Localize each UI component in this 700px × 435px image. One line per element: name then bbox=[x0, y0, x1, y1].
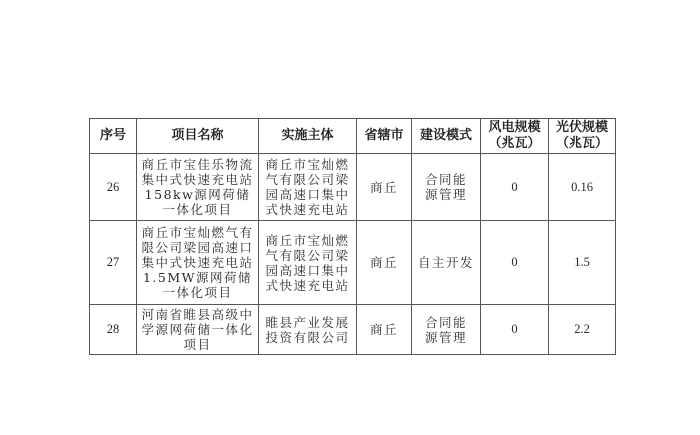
cell-entity: 商丘市宝灿燃气有限公司梁园高速口集中式快速充电站 bbox=[259, 221, 357, 305]
header-entity: 实施主体 bbox=[259, 119, 357, 154]
cell-no: 28 bbox=[90, 305, 137, 355]
cell-mode: 合同能源管理 bbox=[412, 305, 481, 355]
cell-no: 26 bbox=[90, 154, 137, 221]
header-city: 省辖市 bbox=[357, 119, 412, 154]
cell-solar: 1.5 bbox=[549, 221, 616, 305]
cell-wind: 0 bbox=[481, 221, 549, 305]
cell-entity: 睢县产业发展投资有限公司 bbox=[259, 305, 357, 355]
header-wind-scale: 风电规模 （兆瓦） bbox=[481, 119, 549, 154]
cell-solar: 2.2 bbox=[549, 305, 616, 355]
cell-wind: 0 bbox=[481, 305, 549, 355]
cell-city: 商丘 bbox=[357, 305, 412, 355]
header-solar-line2: （兆瓦） bbox=[553, 136, 611, 152]
header-solar-line1: 光伏规模 bbox=[553, 120, 611, 136]
cell-project-name: 商丘市宝佳乐物流集中式快速充电站158kw源网荷储一体化项目 bbox=[137, 154, 259, 221]
cell-solar: 0.16 bbox=[549, 154, 616, 221]
cell-city: 商丘 bbox=[357, 154, 412, 221]
table-row: 27 商丘市宝灿燃气有限公司梁园高速口集中式快速充电站1.5MW源网荷储一体化项… bbox=[90, 221, 616, 305]
table-row: 26 商丘市宝佳乐物流集中式快速充电站158kw源网荷储一体化项目 商丘市宝灿燃… bbox=[90, 154, 616, 221]
cell-entity: 商丘市宝灿燃气有限公司梁园高速口集中式快速充电站 bbox=[259, 154, 357, 221]
project-table: 序号 项目名称 实施主体 省辖市 建设模式 风电规模 （兆瓦） 光伏规模 （兆瓦… bbox=[89, 118, 616, 355]
cell-city: 商丘 bbox=[357, 221, 412, 305]
cell-project-name: 商丘市宝灿燃气有限公司梁园高速口集中式快速充电站1.5MW源网荷储一体化项目 bbox=[137, 221, 259, 305]
cell-mode: 合同能源管理 bbox=[412, 154, 481, 221]
cell-project-name: 河南省睢县高级中学源网荷储一体化项目 bbox=[137, 305, 259, 355]
header-solar-scale: 光伏规模 （兆瓦） bbox=[549, 119, 616, 154]
header-wind-line1: 风电规模 bbox=[485, 120, 544, 136]
table-row: 28 河南省睢县高级中学源网荷储一体化项目 睢县产业发展投资有限公司 商丘 合同… bbox=[90, 305, 616, 355]
header-project-name: 项目名称 bbox=[137, 119, 259, 154]
table-header-row: 序号 项目名称 实施主体 省辖市 建设模式 风电规模 （兆瓦） 光伏规模 （兆瓦… bbox=[90, 119, 616, 154]
cell-wind: 0 bbox=[481, 154, 549, 221]
header-no: 序号 bbox=[90, 119, 137, 154]
cell-mode: 自主开发 bbox=[412, 221, 481, 305]
header-mode: 建设模式 bbox=[412, 119, 481, 154]
cell-no: 27 bbox=[90, 221, 137, 305]
header-wind-line2: （兆瓦） bbox=[485, 136, 544, 152]
